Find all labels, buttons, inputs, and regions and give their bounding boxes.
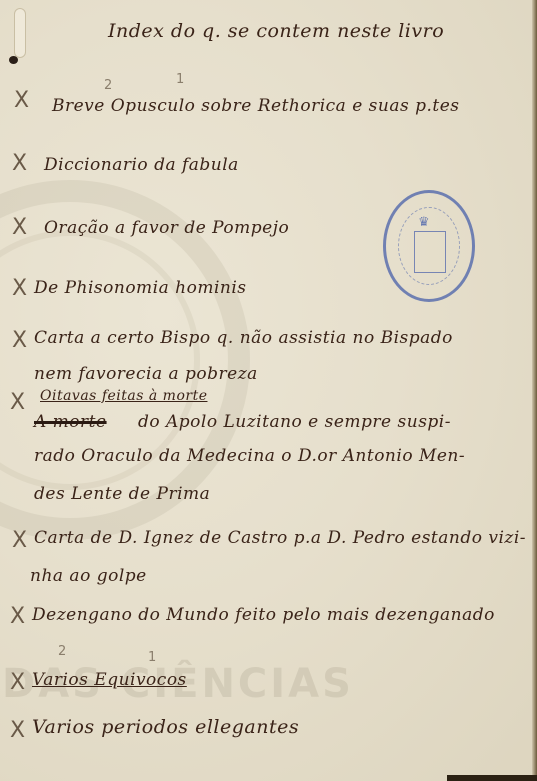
pencil-number: 1 [148, 650, 156, 665]
index-entry: Dezengano do Mundo feito pelo mais dezen… [32, 605, 495, 625]
page-edge [532, 0, 537, 781]
index-entry: Diccionario da fabula [44, 155, 239, 175]
index-entry: Oração a favor de Pompejo [44, 218, 289, 238]
margin-cross-mark: X [12, 153, 27, 175]
margin-cross-mark: X [10, 672, 25, 694]
margin-cross-mark: X [10, 392, 25, 414]
index-entry: Varios Equivocos [32, 670, 187, 690]
page-corner [447, 775, 537, 781]
margin-cross-mark: X [12, 217, 27, 239]
margin-cross-mark: X [12, 330, 27, 352]
index-entry: Carta de D. Ignez de Castro p.a D. Pedro… [34, 528, 526, 548]
ink-blot [9, 56, 18, 64]
margin-cross-mark: X [10, 606, 25, 628]
index-entry-continuation: rado Oraculo da Medecina o D.or Antonio … [34, 446, 465, 466]
index-entry: do Apolo Luzitano e sempre suspi- [138, 412, 451, 432]
page-title: Index do q. se contem neste livro [108, 20, 444, 42]
coat-of-arms-icon [414, 231, 446, 273]
index-entry-continuation: nem favorecia a pobreza [34, 364, 258, 384]
index-entry-continuation: des Lente de Prima [34, 484, 210, 504]
inserted-heading: Oitavas feitas à morte [40, 388, 207, 404]
index-entry: Carta a certo Bispo q. não assistia no B… [34, 328, 453, 348]
paper-tear [14, 8, 26, 58]
margin-cross-mark: X [12, 530, 27, 552]
pencil-number: 2 [104, 78, 112, 93]
pencil-number: 1 [176, 72, 184, 87]
index-entry: De Phisonomia hominis [34, 278, 247, 298]
library-stamp: ♛ [383, 190, 475, 302]
index-entry: Varios periodos ellegantes [32, 716, 299, 738]
margin-cross-mark: X [14, 90, 29, 112]
pencil-number: 2 [58, 644, 66, 659]
index-entry: Breve Opusculo sobre Rethorica e suas p.… [52, 96, 460, 116]
struck-word: A morte [34, 412, 107, 432]
margin-cross-mark: X [10, 720, 25, 742]
index-entry-continuation: nha ao golpe [30, 566, 147, 586]
margin-cross-mark: X [12, 278, 27, 300]
crown-icon: ♛ [418, 215, 430, 230]
manuscript-page: DAS CIÊNCIAS Index do q. se contem neste… [0, 0, 537, 781]
